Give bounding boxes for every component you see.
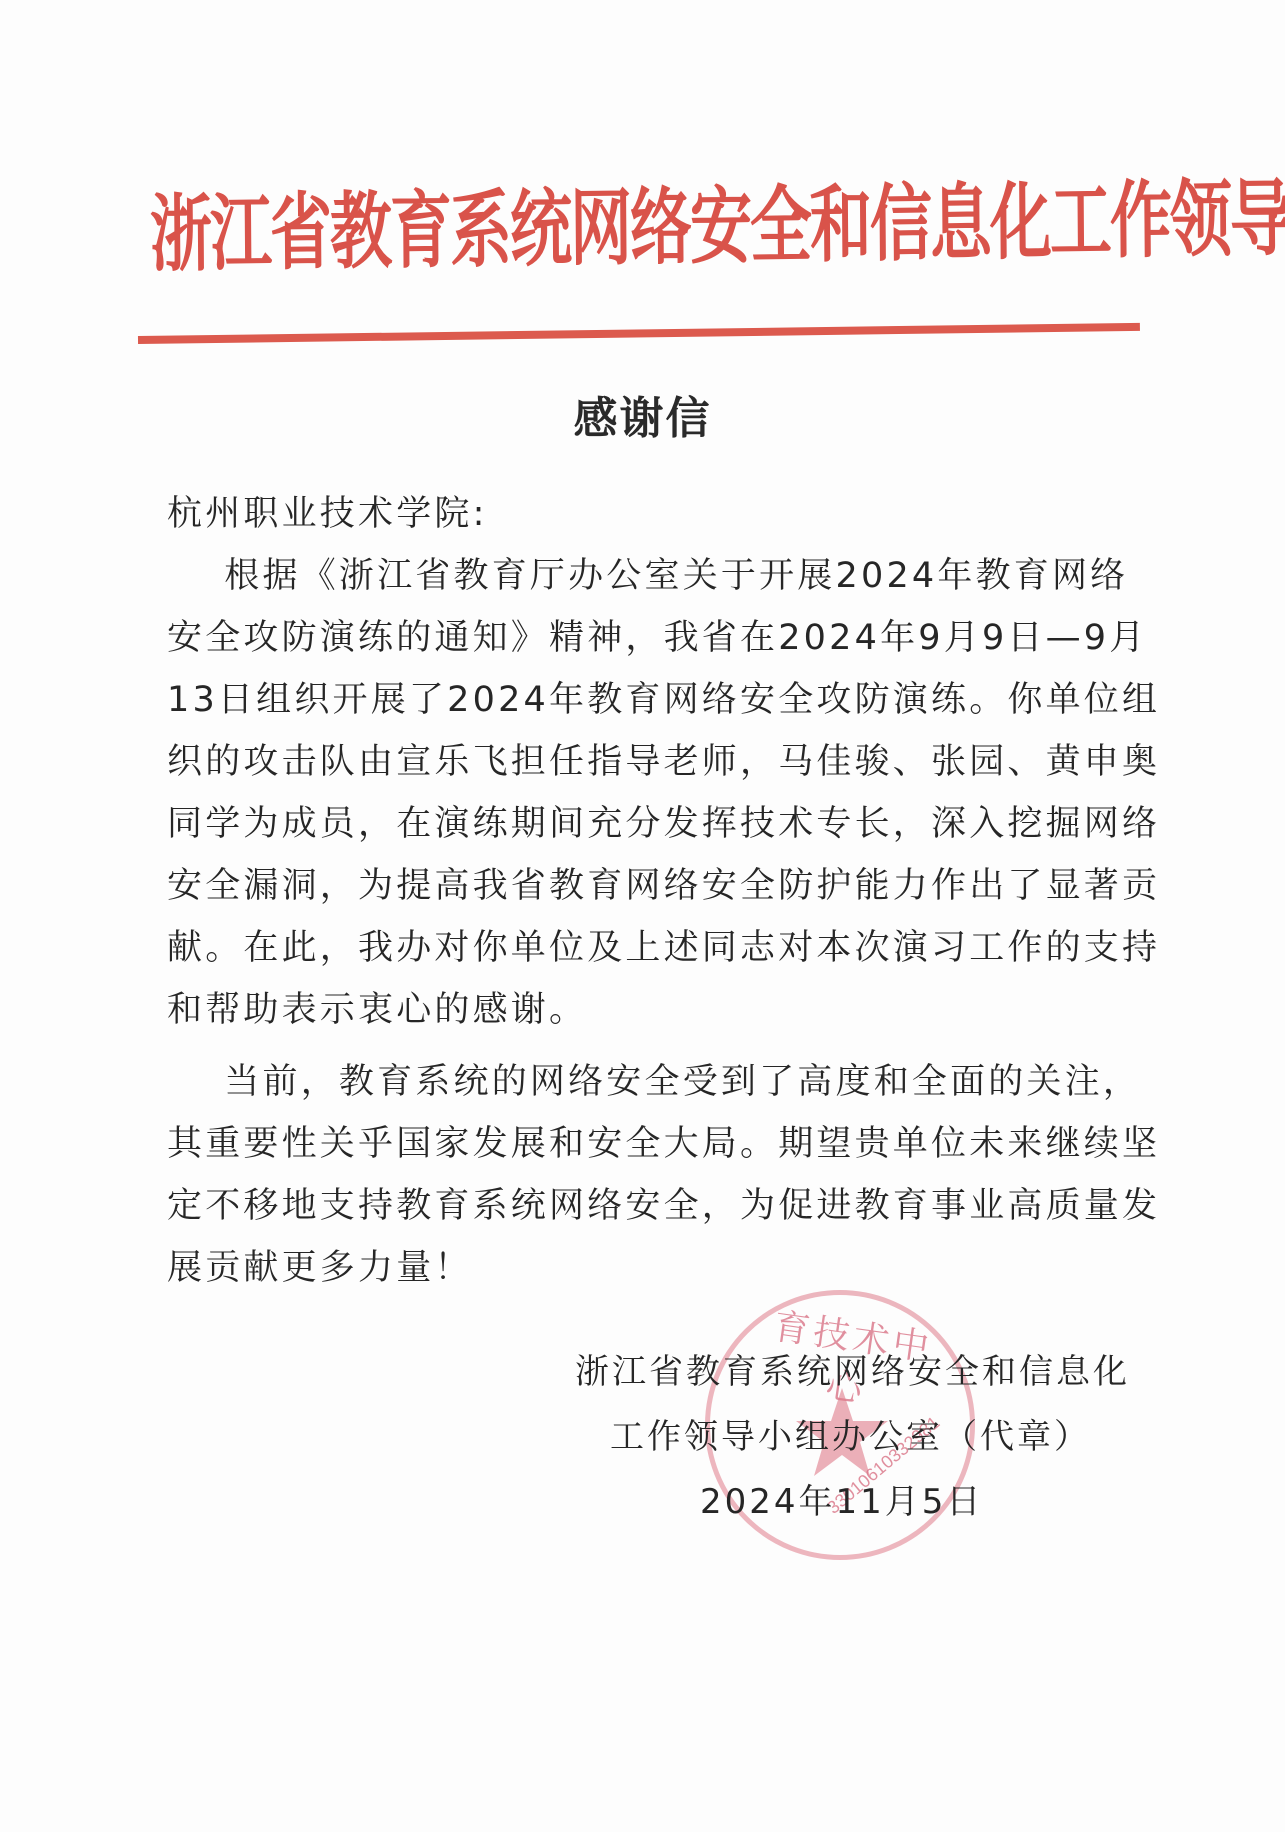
signature-org-line2: 工作领导小组办公室（代章） [575,1405,1135,1470]
body-line: 当前，教育系统的网络安全受到了高度和全面的关注， [167,1051,1127,1113]
body-line: 献。在此，我办对你单位及上述同志对本次演习工作的支持 [167,917,1127,979]
letter-page: 浙江省教育系统网络安全和信息化工作领导小组办公室 感谢信 杭州职业技术学院: 根… [0,0,1285,1832]
letter-body: 杭州职业技术学院: 根据《浙江省教育厅办公室关于开展2024年教育网络 安全攻防… [167,483,1127,1299]
body-line: 13日组织开展了2024年教育网络安全攻防演练。你单位组 [167,669,1127,731]
signature-block: 浙江省教育系统网络安全和信息化 工作领导小组办公室（代章） 2024年11月5日 [575,1340,1135,1535]
body-line: 展贡献更多力量！ [167,1237,1127,1299]
body-line: 安全攻防演练的通知》精神，我省在2024年9月9日—9月 [167,607,1127,669]
recipient: 杭州职业技术学院: [167,483,1127,545]
body-line: 织的攻击队由宣乐飞担任指导老师，马佳骏、张园、黄申奥 [167,731,1127,793]
letterhead-org-name: 浙江省教育系统网络安全和信息化工作领导小组办公室 [149,147,1110,309]
letter-title: 感谢信 [0,382,1285,446]
body-line: 定不移地支持教育系统网络安全，为促进教育事业高质量发 [167,1175,1127,1237]
body-line: 其重要性关乎国家发展和安全大局。期望贵单位未来继续坚 [167,1113,1127,1175]
signature-org-line1: 浙江省教育系统网络安全和信息化 [575,1340,1135,1405]
signature-date: 2024年11月5日 [575,1470,1135,1535]
body-line: 和帮助表示衷心的感谢。 [167,979,1127,1041]
paragraph-gap [167,1041,1127,1051]
body-line: 根据《浙江省教育厅办公室关于开展2024年教育网络 [167,545,1127,607]
body-line: 安全漏洞，为提高我省教育网络安全防护能力作出了显著贡 [167,855,1127,917]
body-line: 同学为成员，在演练期间充分发挥技术专长，深入挖掘网络 [167,793,1127,855]
letterhead-red-rule [138,323,1140,344]
